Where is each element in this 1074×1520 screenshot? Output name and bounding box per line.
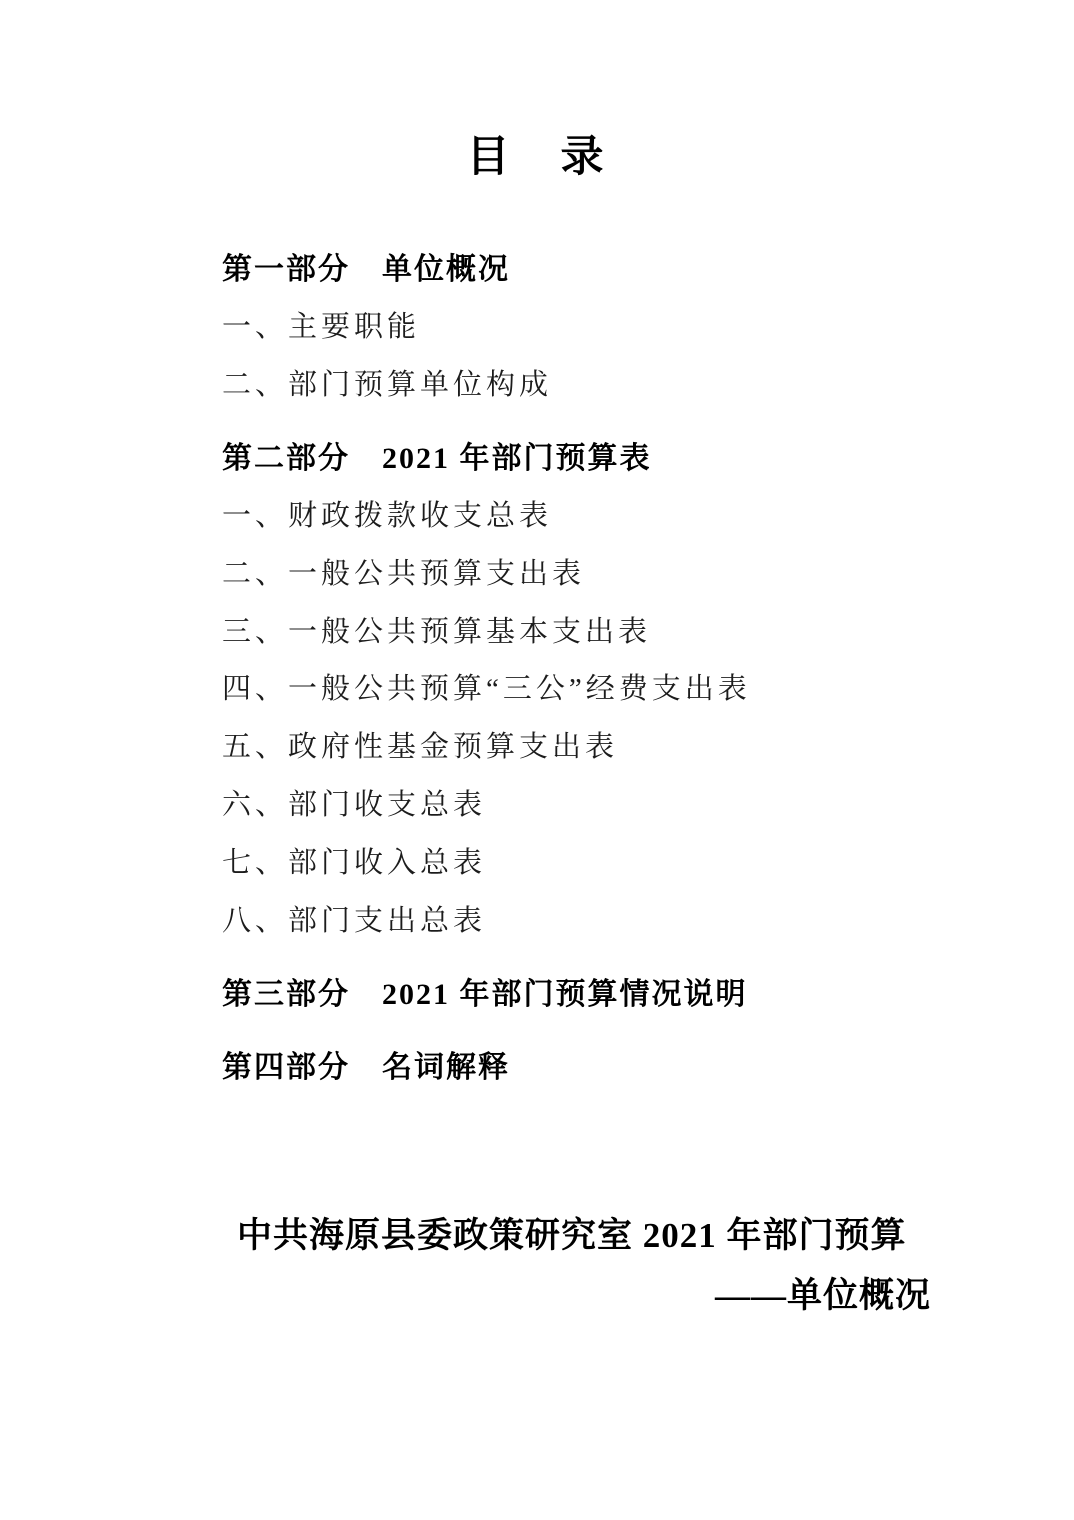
toc-entry: 五、政府性基金预算支出表 [222, 732, 994, 764]
toc-entry: 二、一般公共预算支出表 [222, 559, 994, 591]
document-page: 目 录 第一部分 单位概况 一、主要职能 二、部门预算单位构成 第二部分 202… [0, 0, 1074, 1520]
toc-entry: 二、部门预算单位构成 [222, 370, 994, 402]
toc-section-1-heading: 第一部分 单位概况 [222, 253, 994, 286]
toc-list: 第一部分 单位概况 一、主要职能 二、部门预算单位构成 第二部分 2021 年部… [222, 253, 994, 1084]
toc-entry: 八、部门支出总表 [222, 906, 994, 938]
budget-document-subtitle: ——单位概况 [715, 1276, 954, 1316]
budget-document-title: 中共海原县委政策研究室 2021 年部门预算 [237, 1216, 954, 1256]
toc-section-4-heading: 第四部分 名词解释 [222, 1051, 994, 1084]
toc-entry: 七、部门收入总表 [222, 848, 994, 880]
toc-page-title: 目 录 [0, 0, 1074, 179]
toc-section-3-heading: 第三部分 2021 年部门预算情况说明 [222, 978, 994, 1011]
budget-document-heading: 中共海原县委政策研究室 2021 年部门预算 ——单位概况 [237, 1216, 954, 1317]
toc-entry: 一、财政拨款收支总表 [222, 501, 994, 533]
toc-entry: 六、部门收支总表 [222, 790, 994, 822]
toc-entry: 四、一般公共预算“三公”经费支出表 [222, 674, 994, 706]
toc-entry: 一、主要职能 [222, 312, 994, 344]
toc-section-2-heading: 第二部分 2021 年部门预算表 [222, 442, 994, 475]
toc-entry: 三、一般公共预算基本支出表 [222, 617, 994, 649]
